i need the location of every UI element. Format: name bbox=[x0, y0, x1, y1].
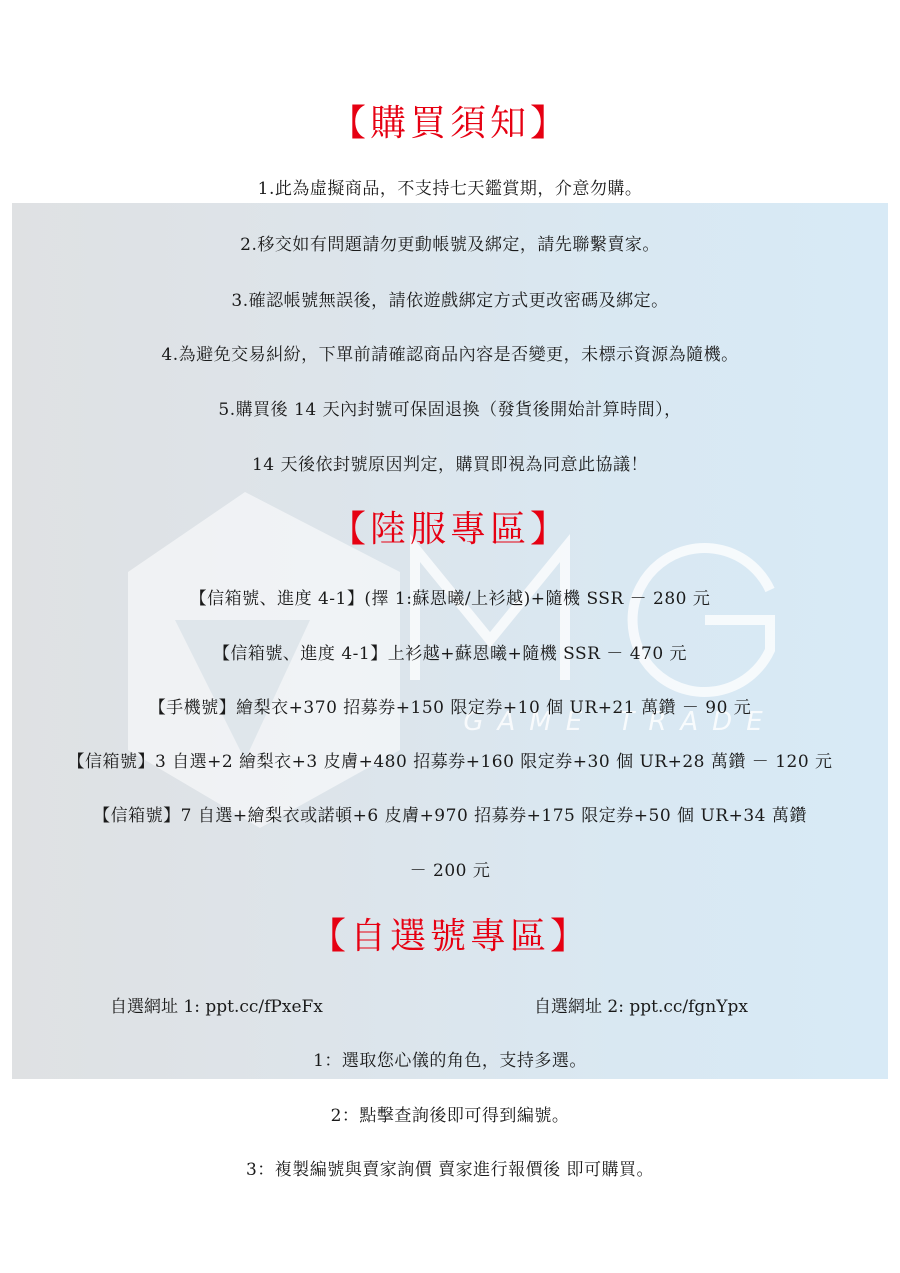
custom-url-link-1[interactable]: 自選網址 1: ppt.cc/fPxeFx bbox=[110, 995, 323, 1019]
section-heading-purchase-notice: 【購買須知】 bbox=[0, 102, 900, 146]
notice-item-2: 2.移交如有問題請勿更動帳號及綁定，請先聯繫賣家。 bbox=[0, 233, 900, 257]
custom-step-1: 1：選取您心儀的角色，支持多選。 bbox=[0, 1049, 900, 1073]
notice-item-4: 4.為避免交易糾紛，下單前請確認商品內容是否變更，未標示資源為隨機。 bbox=[0, 343, 900, 367]
custom-url-row: 自選網址 1: ppt.cc/fPxeFx 自選網址 2: ppt.cc/fgn… bbox=[0, 995, 900, 1019]
section-heading-china-server: 【陸服專區】 bbox=[0, 508, 900, 552]
custom-step-2: 2：點擊查詢後即可得到編號。 bbox=[0, 1104, 900, 1128]
product-item-3: 【手機號】繪梨衣+370 招募券+150 限定券+10 個 UR+21 萬鑽 －… bbox=[0, 696, 900, 720]
product-item-4: 【信箱號】3 自選+2 繪梨衣+3 皮膚+480 招募券+160 限定券+30 … bbox=[0, 750, 900, 774]
product-item-5: 【信箱號】7 自選+繪梨衣或諾頓+6 皮膚+970 招募券+175 限定券+50… bbox=[0, 804, 900, 828]
custom-step-3: 3：複製編號與賣家詢價 賣家進行報價後 即可購買。 bbox=[0, 1158, 900, 1182]
section-heading-custom-account: 【自選號專區】 bbox=[0, 915, 900, 959]
notice-item-5: 5.購買後 14 天內封號可保固退換（發貨後開始計算時間）， bbox=[0, 398, 900, 422]
notice-item-1: 1.此為虛擬商品，不支持七天鑑賞期，介意勿購。 bbox=[0, 177, 900, 201]
product-item-2: 【信箱號、進度 4-1】上衫越+蘇恩曦+隨機 SSR － 470 元 bbox=[0, 642, 900, 666]
custom-url-link-2[interactable]: 自選網址 2: ppt.cc/fgnYpx bbox=[534, 995, 748, 1019]
notice-item-5-continued: 14 天後依封號原因判定，購買即視為同意此協議！ bbox=[0, 453, 900, 477]
product-item-5-price: － 200 元 bbox=[0, 859, 900, 883]
notice-item-3: 3.確認帳號無誤後，請依遊戲綁定方式更改密碼及綁定。 bbox=[0, 289, 900, 313]
product-item-1: 【信箱號、進度 4-1】(擇 1:蘇恩曦/上衫越)+隨機 SSR － 280 元 bbox=[0, 587, 900, 611]
